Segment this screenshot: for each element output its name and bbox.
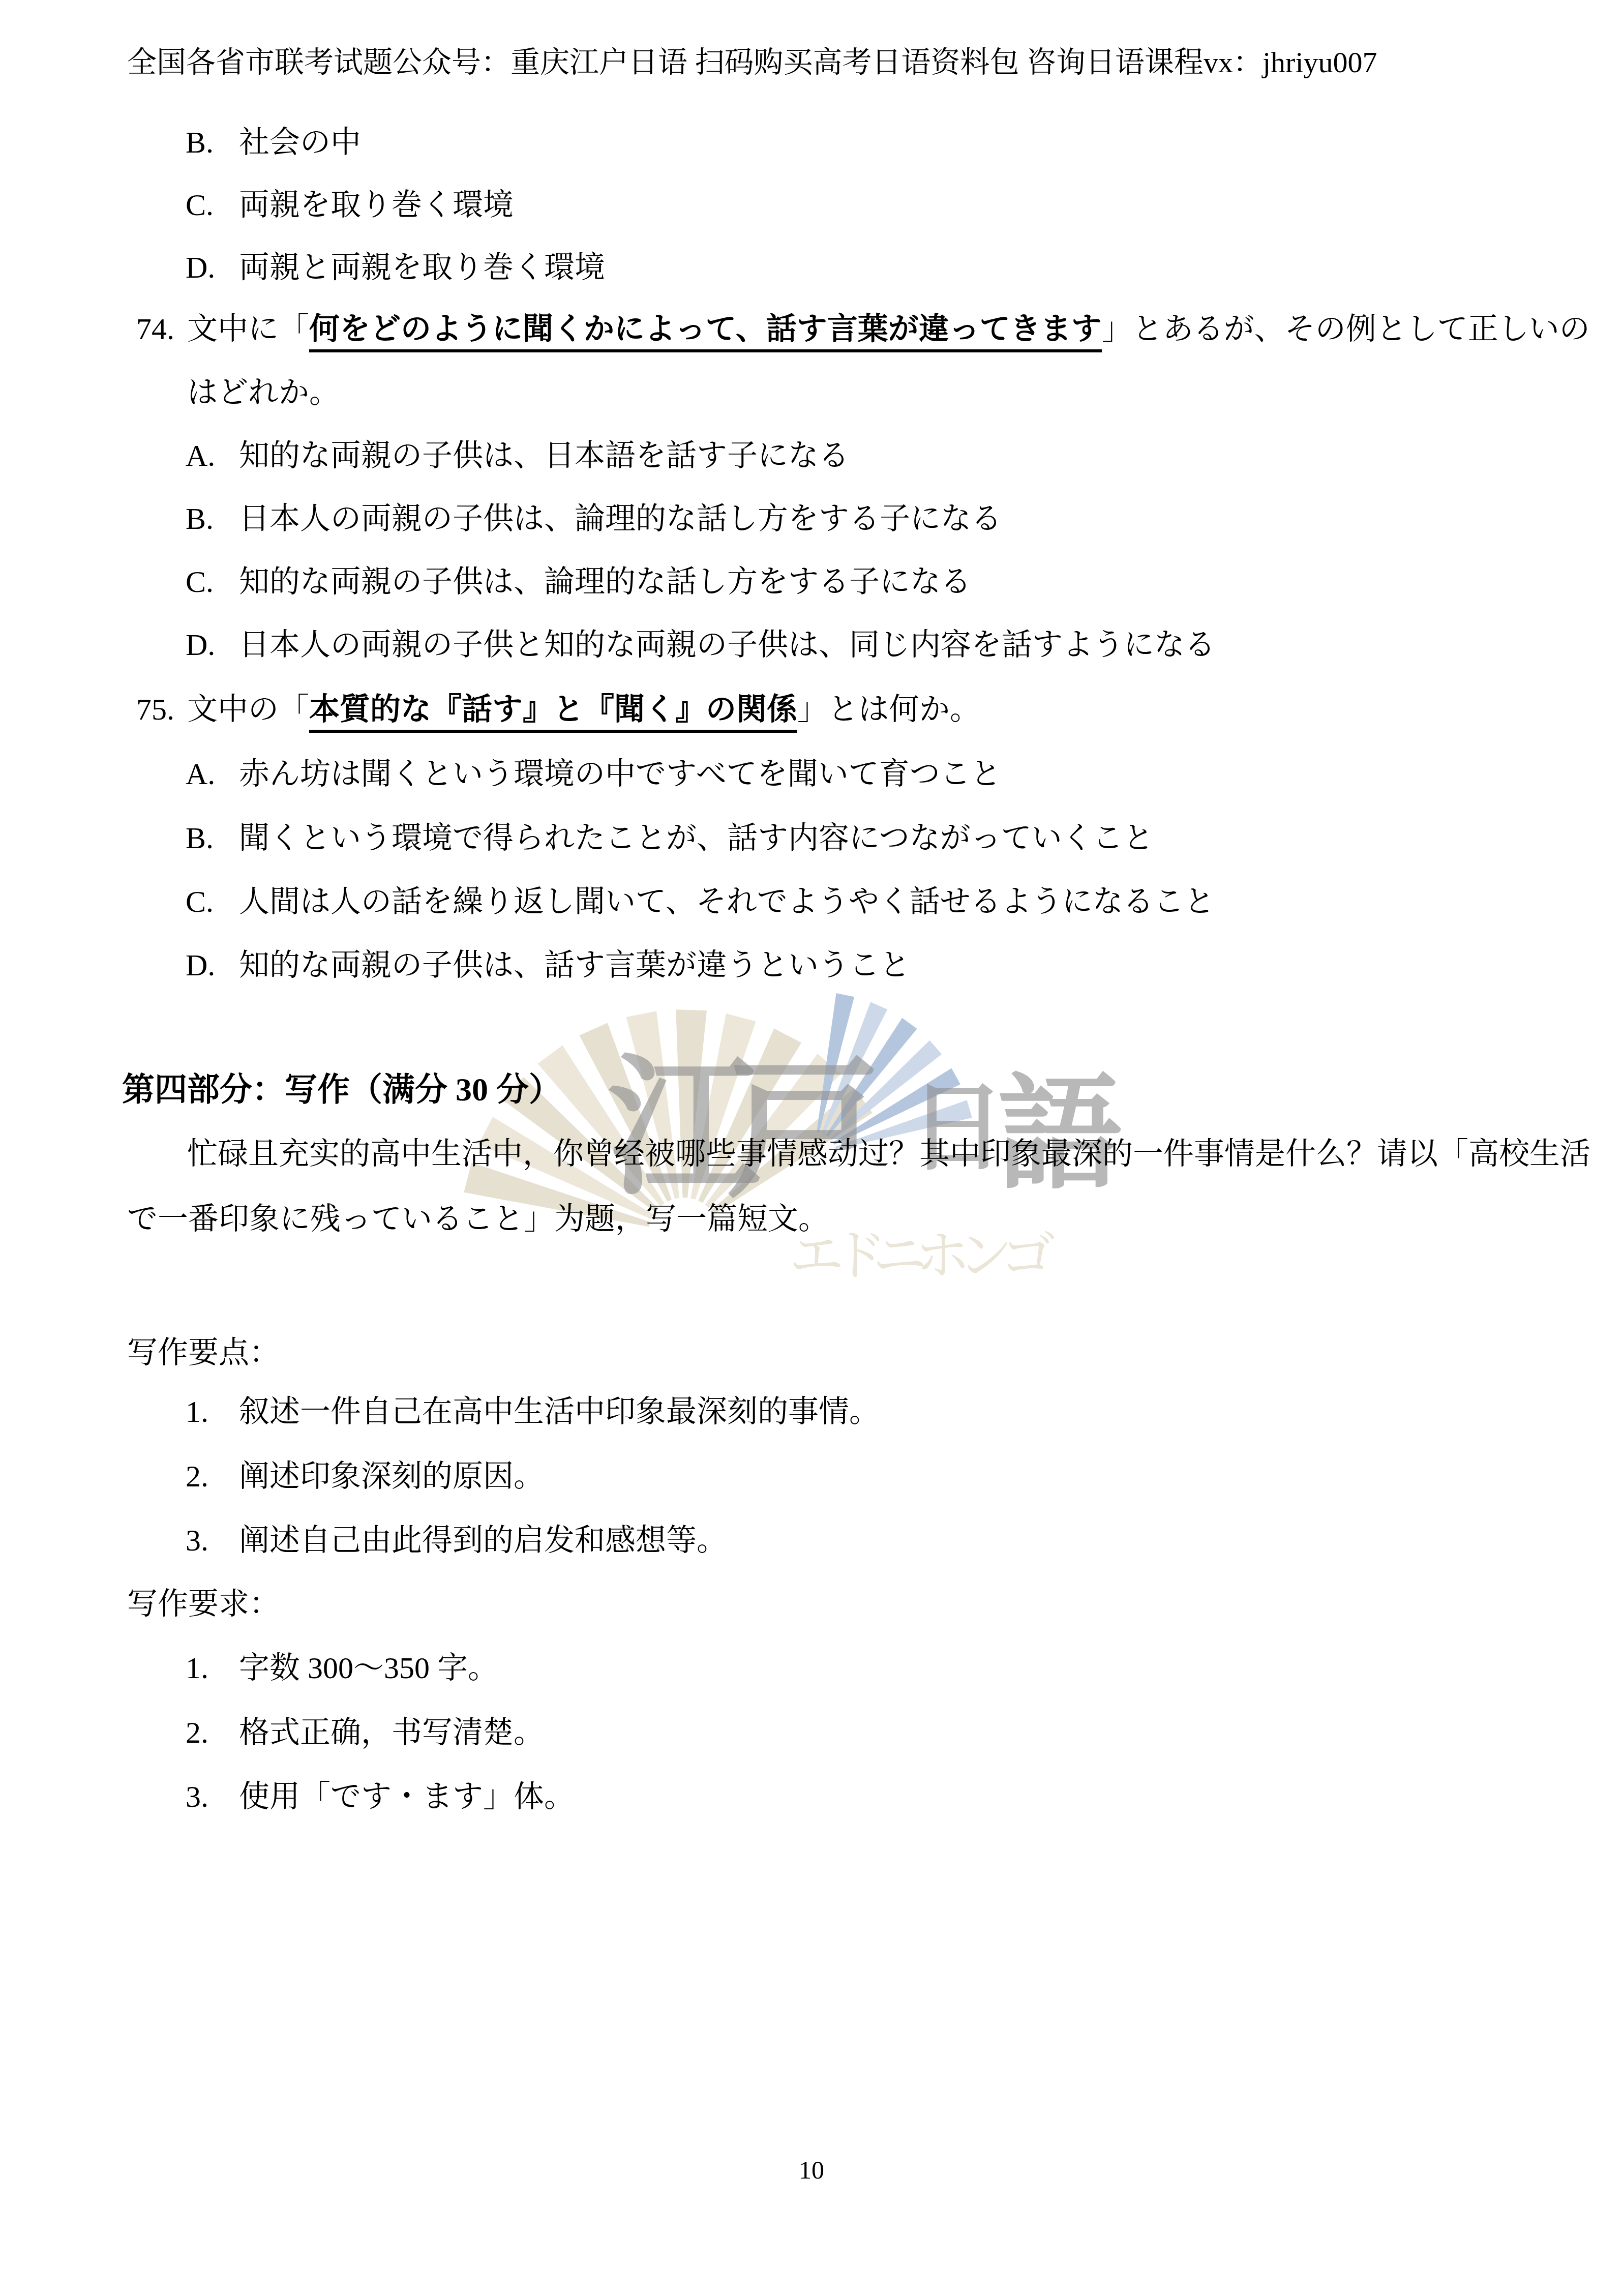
item-number: 3.: [186, 1524, 239, 1557]
item-number: 2.: [186, 1716, 239, 1749]
option-row: B.社会の中: [186, 126, 361, 159]
page-header: 全国各省市联考试题公众号：重庆江户日语 扫码购买高考日语资料包 咨询日语课程vx…: [127, 47, 1377, 79]
option-row: B.日本人の両親の子供は、論理的な話し方をする子になる: [186, 502, 1002, 535]
option-label: D.: [186, 629, 239, 662]
option-row: C.人間は人の話を繰り返し聞いて、それでようやく話せるようになること: [186, 885, 1215, 918]
item-text: 字数 300～350 字。: [239, 1651, 498, 1685]
option-text: 日本人の両親の子供は、論理的な話し方をする子になる: [239, 502, 1002, 535]
option-text: 聞くという環境で得られたことが、話す内容につながっていくこと: [239, 821, 1154, 855]
writing-point-item: 3.阐述自己由此得到的启发和感想等。: [186, 1524, 727, 1557]
option-text: 両親と両親を取り巻く環境: [239, 251, 605, 284]
watermark-brand-char-2: 戸: [727, 1055, 880, 1208]
item-text: 阐述印象深刻的原因。: [239, 1459, 544, 1493]
question-text-post: 」とは何か。: [797, 693, 980, 726]
option-label: C.: [186, 565, 239, 599]
option-row: C.両親を取り巻く環境: [186, 189, 514, 222]
watermark-katakana: エドニホンゴ: [789, 1228, 1043, 1283]
option-label: D.: [186, 949, 239, 982]
item-text: 使用「です・ます」体。: [239, 1780, 575, 1813]
option-text: 知的な両親の子供は、論理的な話し方をする子になる: [239, 565, 971, 599]
option-label: C.: [186, 189, 239, 222]
option-text: 両親を取り巻く環境: [239, 188, 514, 222]
underlined-quote: 本質的な『話す』と『聞く』の関係: [309, 693, 797, 733]
option-text: 赤ん坊は聞くという環境の中ですべてを聞いて育つこと: [239, 757, 1001, 791]
option-label: C.: [186, 885, 239, 918]
option-label: B.: [186, 126, 239, 159]
writing-requirement-item: 3.使用「です・ます」体。: [186, 1780, 575, 1813]
option-text: 社会の中: [239, 126, 361, 159]
page-number: 10: [0, 2156, 1623, 2184]
item-text: 格式正确，书写清楚。: [239, 1716, 544, 1749]
option-row: D.日本人の両親の子供と知的な両親の子供は、同じ内容を話すようになる: [186, 629, 1215, 662]
question-text-post: 」とあるが、その例として正しいの: [1102, 312, 1590, 346]
question-75: 75.文中の「本質的な『話す』と『聞く』の関係」とは何か。: [136, 693, 980, 726]
essay-prompt-line-2: で一番印象に残っていること」为题，写一篇短文。: [127, 1203, 829, 1236]
writing-point-item: 1.叙述一件自己在高中生活中印象最深刻的事情。: [186, 1395, 880, 1428]
option-label: A.: [186, 439, 239, 472]
writing-requirements-title: 写作要求：: [127, 1588, 280, 1621]
watermark-brand-char-4: 語: [998, 1073, 1122, 1198]
section-heading: 第四部分：写作（满分 30 分）: [122, 1072, 561, 1107]
question-number: 74.: [136, 313, 187, 346]
question-text-pre: 文中に「: [187, 312, 309, 346]
option-text: 人間は人の話を繰り返し聞いて、それでようやく話せるようになること: [239, 885, 1215, 918]
question-number: 75.: [136, 693, 187, 726]
writing-requirement-item: 2.格式正确，书写清楚。: [186, 1716, 544, 1749]
option-text: 知的な両親の子供は、日本語を話す子になる: [239, 439, 849, 472]
writing-points-title: 写作要点：: [127, 1336, 280, 1369]
item-text: 阐述自己由此得到的启发和感想等。: [239, 1524, 727, 1557]
question-74: 74.文中に「何をどのように聞くかによって、話す言葉が違ってきます」とあるが、そ…: [136, 313, 1590, 346]
option-text: 日本人の両親の子供と知的な両親の子供は、同じ内容を話すようになる: [239, 628, 1215, 662]
underlined-quote: 何をどのように聞くかによって、話す言葉が違ってきます: [309, 312, 1102, 352]
option-row: D.両親と両親を取り巻く環境: [186, 251, 605, 284]
option-text: 知的な両親の子供は、話す言葉が違うということ: [239, 948, 910, 982]
item-number: 2.: [186, 1460, 239, 1493]
option-row: A.赤ん坊は聞くという環境の中ですべてを聞いて育つこと: [186, 758, 1001, 791]
option-label: A.: [186, 758, 239, 791]
option-label: D.: [186, 251, 239, 284]
option-label: B.: [186, 502, 239, 535]
question-text-pre: 文中の「: [187, 693, 309, 726]
option-row: C.知的な両親の子供は、論理的な話し方をする子になる: [186, 565, 971, 599]
question-74-continuation: はどれか。: [187, 376, 340, 409]
writing-point-item: 2.阐述印象深刻的原因。: [186, 1460, 544, 1493]
option-row: B.聞くという環境で得られたことが、話す内容につながっていくこと: [186, 822, 1154, 855]
option-row: D.知的な両親の子供は、話す言葉が違うということ: [186, 949, 910, 982]
option-row: A.知的な両親の子供は、日本語を話す子になる: [186, 439, 849, 472]
item-text: 叙述一件自己在高中生活中印象最深刻的事情。: [239, 1395, 880, 1428]
writing-requirement-item: 1.字数 300～350 字。: [186, 1652, 498, 1685]
item-number: 3.: [186, 1780, 239, 1813]
item-number: 1.: [186, 1395, 239, 1428]
item-number: 1.: [186, 1652, 239, 1685]
option-label: B.: [186, 822, 239, 855]
essay-prompt-line-1: 忙碌且充实的高中生活中，你曾经被哪些事情感动过？其中印象最深的一件事情是什么？请…: [187, 1138, 1590, 1171]
